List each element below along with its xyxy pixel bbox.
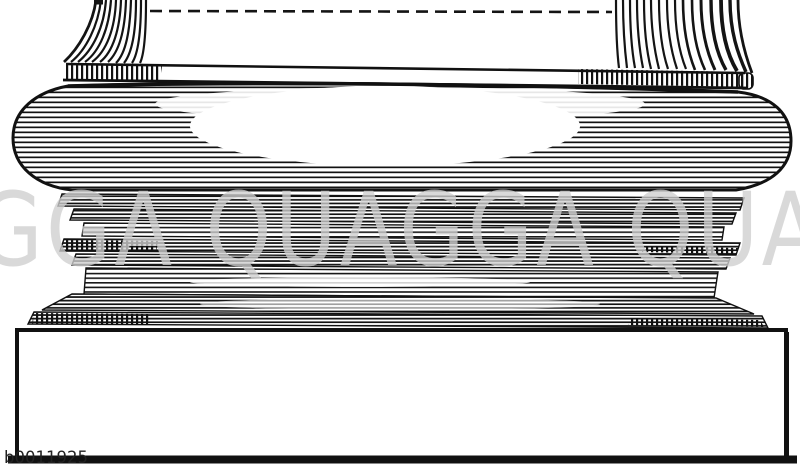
shaft-right-flutes bbox=[616, 0, 752, 73]
torus-highlight-upper bbox=[155, 87, 645, 121]
watermark-text: GGA QUAGGA QUA bbox=[0, 171, 800, 290]
column-shaft bbox=[64, 0, 752, 73]
flare-highlight bbox=[200, 298, 600, 310]
plinth bbox=[8, 330, 797, 460]
fillet-right-cap bbox=[739, 73, 753, 89]
shaft-top-dashed-line bbox=[150, 11, 612, 12]
shaft-left-flutes bbox=[64, 0, 146, 63]
base-ticks-left bbox=[32, 313, 150, 325]
column-base-illustration: GGA QUAGGA QUA b0011925 bbox=[0, 0, 800, 474]
engraving-canvas: GGA QUAGGA QUA b0011925 bbox=[0, 0, 800, 474]
plinth-block bbox=[17, 330, 786, 458]
fillet-left-hatch bbox=[63, 65, 162, 80]
image-id-text: b0011925 bbox=[4, 448, 88, 467]
